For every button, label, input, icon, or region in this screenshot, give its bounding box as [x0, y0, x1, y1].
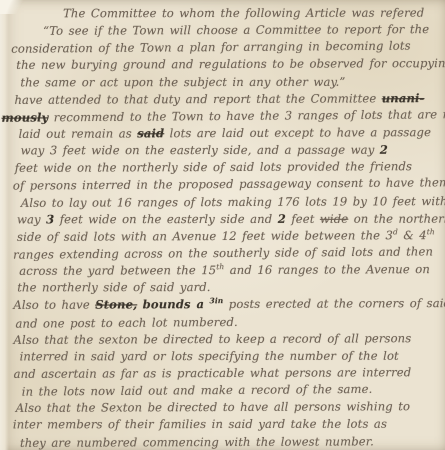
ink-correction-segment: 2	[278, 212, 286, 226]
ink-correction-segment: 2	[380, 143, 388, 157]
text-segment: and 16 ranges to the Avenue on	[224, 262, 430, 277]
manuscript-line: mously recommend to the Town to have the…	[1, 106, 442, 127]
ink-correction-segment: th	[427, 227, 435, 236]
text-segment: feet	[286, 212, 320, 226]
ink-correction-segment: bounds a	[143, 297, 205, 311]
text-segment: & 4	[398, 228, 427, 242]
manuscript-line: and one post to each lot numbered.	[12, 312, 443, 333]
text-segment: The Committee to whom the following Arti…	[63, 6, 424, 21]
ink-correction-segment: mously	[1, 110, 48, 124]
text-segment: way 3 feet wide on the easterly side, an…	[21, 143, 380, 158]
text-segment: “To see if the Town will choose a Commit…	[43, 22, 429, 38]
manuscript-line: the same or act upon the subject in any …	[11, 73, 442, 91]
text-segment: interred in said yard or lots specifying…	[20, 349, 399, 364]
manuscript-page: The Committee to whom the following Arti…	[0, 0, 445, 450]
ink-correction-segment: unani-	[382, 91, 425, 105]
text-segment: laid out remain as	[19, 126, 138, 141]
ink-correction-segment: said	[137, 126, 164, 140]
ink-correction-segment: 3in	[209, 297, 223, 306]
text-segment: ranges extending across on the southerly…	[13, 244, 433, 261]
manuscript-line: way 3 feet wide on the easterly side, an…	[12, 142, 443, 160]
handwritten-text-block: The Committee to whom the following Arti…	[11, 4, 444, 450]
manuscript-line: interred in said yard or lots specifying…	[13, 347, 444, 365]
text-segment: on the northerly	[348, 211, 445, 225]
ink-correction-segment: wide	[320, 211, 348, 225]
text-segment: consideration of the Town a plan for arr…	[11, 39, 411, 56]
text-segment: of persons interred in the proposed pass…	[13, 175, 445, 193]
manuscript-line: Also to have Stone, bounds a 3in posts e…	[12, 295, 443, 314]
text-segment: across the yard between the 15	[19, 263, 216, 278]
manuscript-line: the northerly side of said yard.	[12, 279, 443, 297]
text-segment: feet wide on the northerly side of said …	[15, 159, 412, 175]
text-segment: and one post to each lot numbered.	[15, 314, 237, 330]
ink-correction-segment: th	[216, 262, 224, 271]
manuscript-line: Also that the Sexton be directed to have…	[13, 398, 444, 417]
text-segment: posts erected at the corners of said lot…	[223, 296, 445, 311]
text-segment: in the lots now laid out and make a reco…	[22, 382, 373, 399]
text-segment: way	[17, 212, 46, 226]
manuscript-line: in the lots now laid out and make a reco…	[13, 380, 444, 401]
text-segment: side of said lots with an Avenue 12 feet…	[17, 228, 393, 244]
text-segment: lots are laid out except to have a passa…	[164, 125, 431, 140]
manuscript-line: The Committee to whom the following Arti…	[11, 5, 442, 23]
manuscript-line: they are numbered commencing with the lo…	[13, 433, 444, 450]
text-segment: recommend to the Town to have the 3 rang…	[48, 107, 445, 124]
text-segment: the same or act upon the subject in any …	[20, 74, 345, 89]
ink-correction-segment: Stone,	[95, 298, 137, 312]
manuscript-line: Also to lay out 16 ranges of lots making…	[12, 193, 443, 212]
text-segment: have attended to that duty and report th…	[14, 91, 381, 107]
text-segment: Also that the sexton be directed to keep…	[13, 331, 411, 347]
manuscript-line: across the yard between the 15th and 16 …	[12, 261, 443, 280]
manuscript-line: inter members of their families in said …	[13, 416, 444, 434]
text-segment: the northerly side of said yard.	[17, 280, 210, 294]
text-segment: Also that the Sexton be directed to have…	[16, 399, 410, 415]
manuscript-line: way 3 feet wide on the easterly side and…	[12, 210, 443, 228]
text-segment: Also to lay out 16 ranges of lots making…	[21, 193, 445, 209]
text-segment: and ascertain as far as is practicable w…	[14, 365, 412, 381]
text-segment: Also to have	[13, 298, 95, 312]
text-segment: the new burying ground and regulations t…	[16, 56, 445, 72]
text-segment: inter members of their families in said …	[13, 417, 387, 432]
manuscript-line: the new burying ground and regulations t…	[11, 55, 442, 74]
text-segment: feet wide on the easterly side and	[54, 212, 277, 226]
manuscript-line: ranges extending across on the southerly…	[12, 243, 443, 264]
text-segment: they are numbered commencing with the lo…	[20, 434, 374, 450]
manuscript-line: Also that the sexton be directed to keep…	[12, 330, 443, 349]
manuscript-line: laid out remain as said lots are laid ou…	[12, 124, 443, 143]
